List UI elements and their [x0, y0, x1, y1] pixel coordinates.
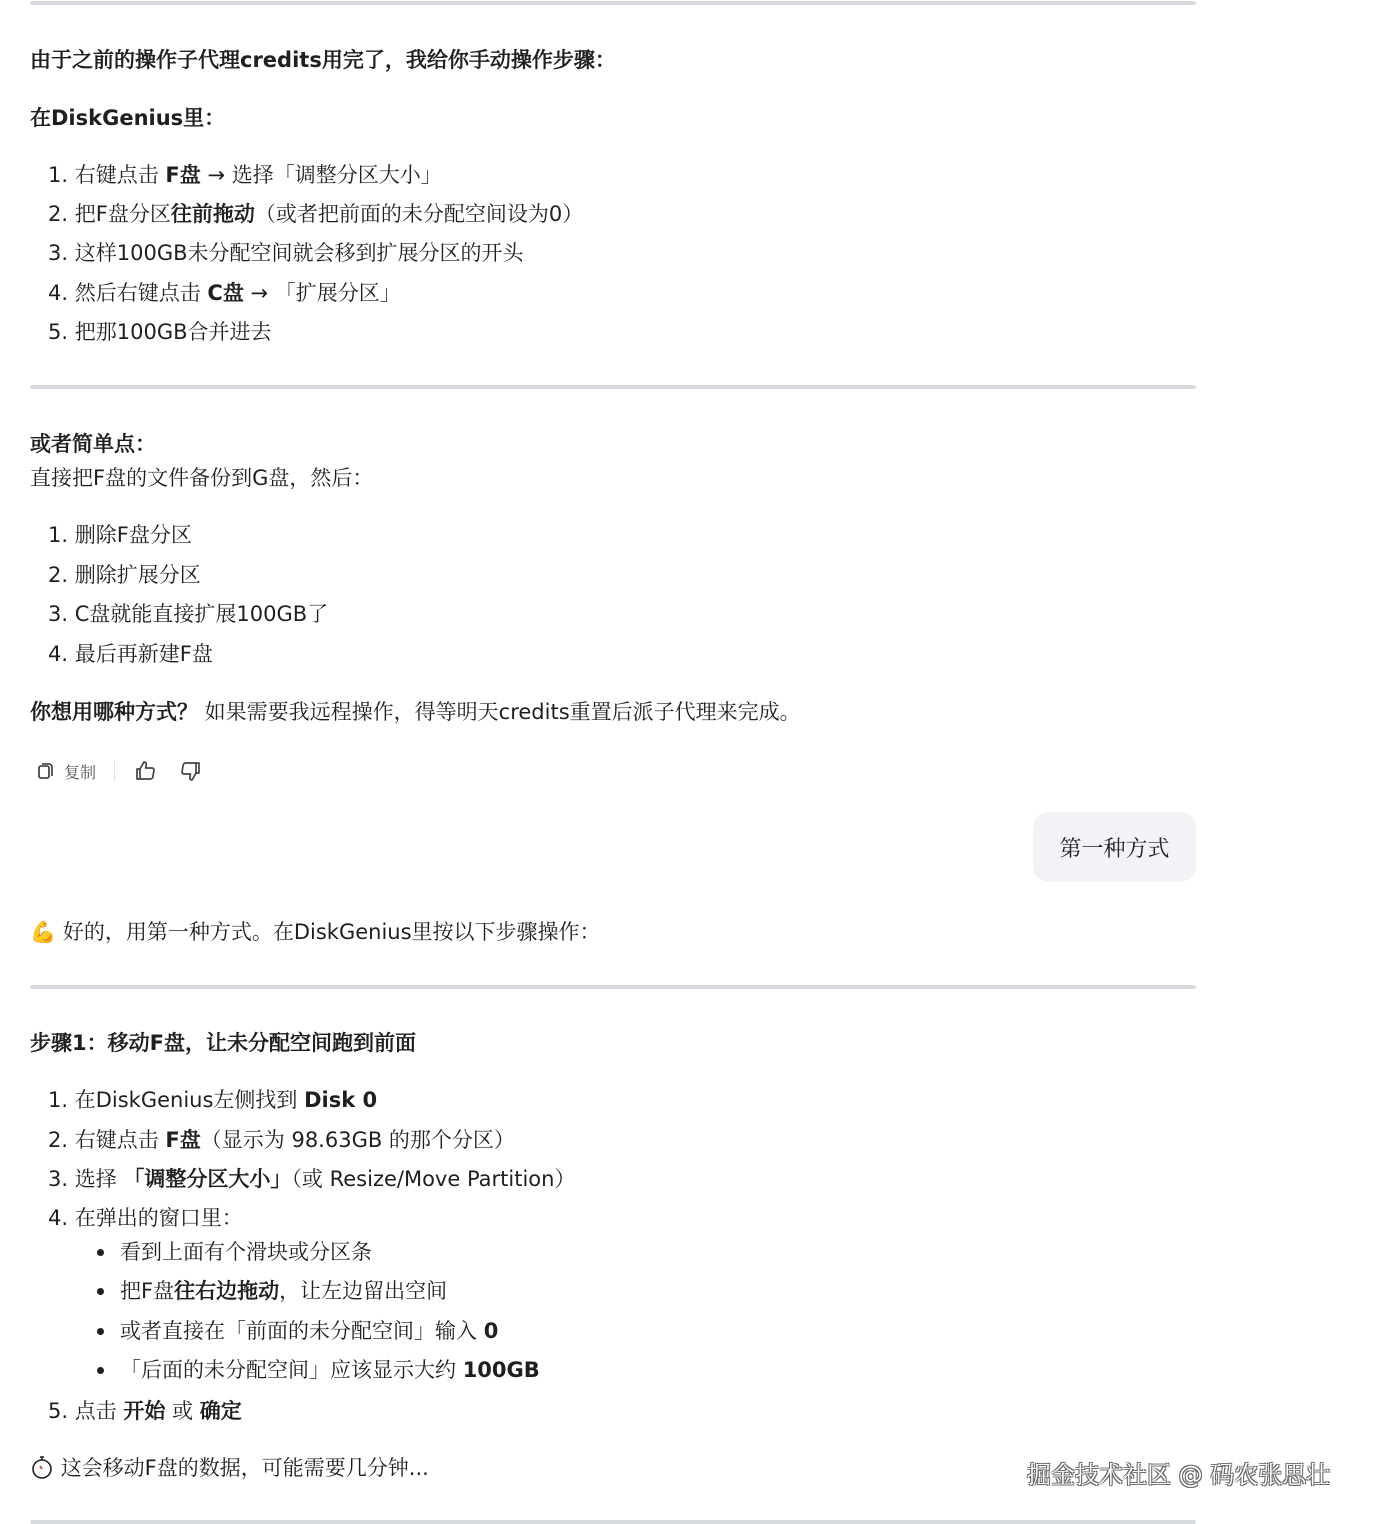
sub-list-item: 或者直接在「前面的未分配空间」输入 0	[120, 1316, 498, 1346]
flexed-biceps-icon: 💪	[30, 920, 56, 944]
alt-heading: 或者简单点：	[30, 429, 156, 459]
list-item: 2. 删除扩展分区	[48, 560, 201, 590]
action-separator	[114, 760, 115, 782]
thumbs-up-icon	[133, 759, 157, 783]
bullet	[97, 1249, 104, 1256]
stopwatch-icon	[30, 1454, 54, 1480]
list-item: 2. 把F盘分区往前拖动（或者把前面的未分配空间设为0）	[48, 199, 583, 229]
list-item: 3. C盘就能直接扩展100GB了	[48, 599, 328, 629]
thumbs-up-button[interactable]	[133, 759, 157, 783]
sub-list-item: 把F盘往右边拖动，让左边留出空间	[120, 1276, 447, 1306]
sub-list-item: 「后面的未分配空间」应该显示大约 100GB	[120, 1355, 540, 1385]
response-intro: 💪 好的，用第一种方式。在DiskGenius里按以下步骤操作：	[30, 917, 601, 947]
list-item: 5. 把那100GB合并进去	[48, 317, 272, 347]
watermark: 掘金技术社区 @ 码农张思壮	[1027, 1455, 1330, 1490]
divider	[30, 985, 1196, 989]
list-item: 2. 右键点击 F盘（显示为 98.63GB 的那个分区）	[48, 1125, 515, 1155]
bullet	[97, 1288, 104, 1295]
list-item: 3. 选择 「调整分区大小」（或 Resize/Move Partition）	[48, 1164, 575, 1194]
alt-intro: 直接把F盘的文件备份到G盘，然后：	[30, 463, 373, 493]
divider	[30, 385, 1196, 389]
list-item: 3. 这样100GB未分配空间就会移到扩展分区的开头	[48, 238, 524, 268]
list-item: 1. 删除F盘分区	[48, 520, 192, 550]
list-item: 1. 在DiskGenius左侧找到 Disk 0	[48, 1085, 377, 1115]
list-item: 4. 最后再新建F盘	[48, 639, 213, 669]
divider	[30, 1, 1196, 5]
bullet	[97, 1328, 104, 1335]
question-text: 你想用哪种方式？ 如果需要我远程操作，得等明天credits重置后派子代理来完成…	[30, 697, 801, 727]
sub-list-item: 看到上面有个滑块或分区条	[120, 1237, 372, 1267]
message-intro: 由于之前的操作子代理credits用完了，我给你手动操作步骤：	[30, 45, 616, 75]
list-item: 4. 在弹出的窗口里：	[48, 1203, 243, 1233]
divider	[30, 1520, 1196, 1524]
copy-button[interactable]: 复制	[36, 760, 96, 783]
thumbs-down-icon	[179, 759, 203, 783]
list-item: 1. 右键点击 F盘 → 选择「调整分区大小」	[48, 160, 442, 190]
section-heading: 在DiskGenius里：	[30, 103, 225, 133]
thumbs-down-button[interactable]	[179, 759, 203, 783]
copy-label: 复制	[64, 760, 96, 783]
message-actions: 复制	[36, 756, 203, 786]
step-heading: 步骤1：移动F盘，让未分配空间跑到前面	[30, 1028, 416, 1058]
bullet	[97, 1367, 104, 1374]
list-item: 4. 然后右键点击 C盘 → 「扩展分区」	[48, 278, 401, 308]
copy-icon	[36, 761, 56, 781]
list-item: 5. 点击 开始 或 确定	[48, 1396, 242, 1426]
user-message-bubble: 第一种方式	[1033, 812, 1196, 882]
note-text: 这会移动F盘的数据，可能需要几分钟...	[30, 1453, 429, 1483]
